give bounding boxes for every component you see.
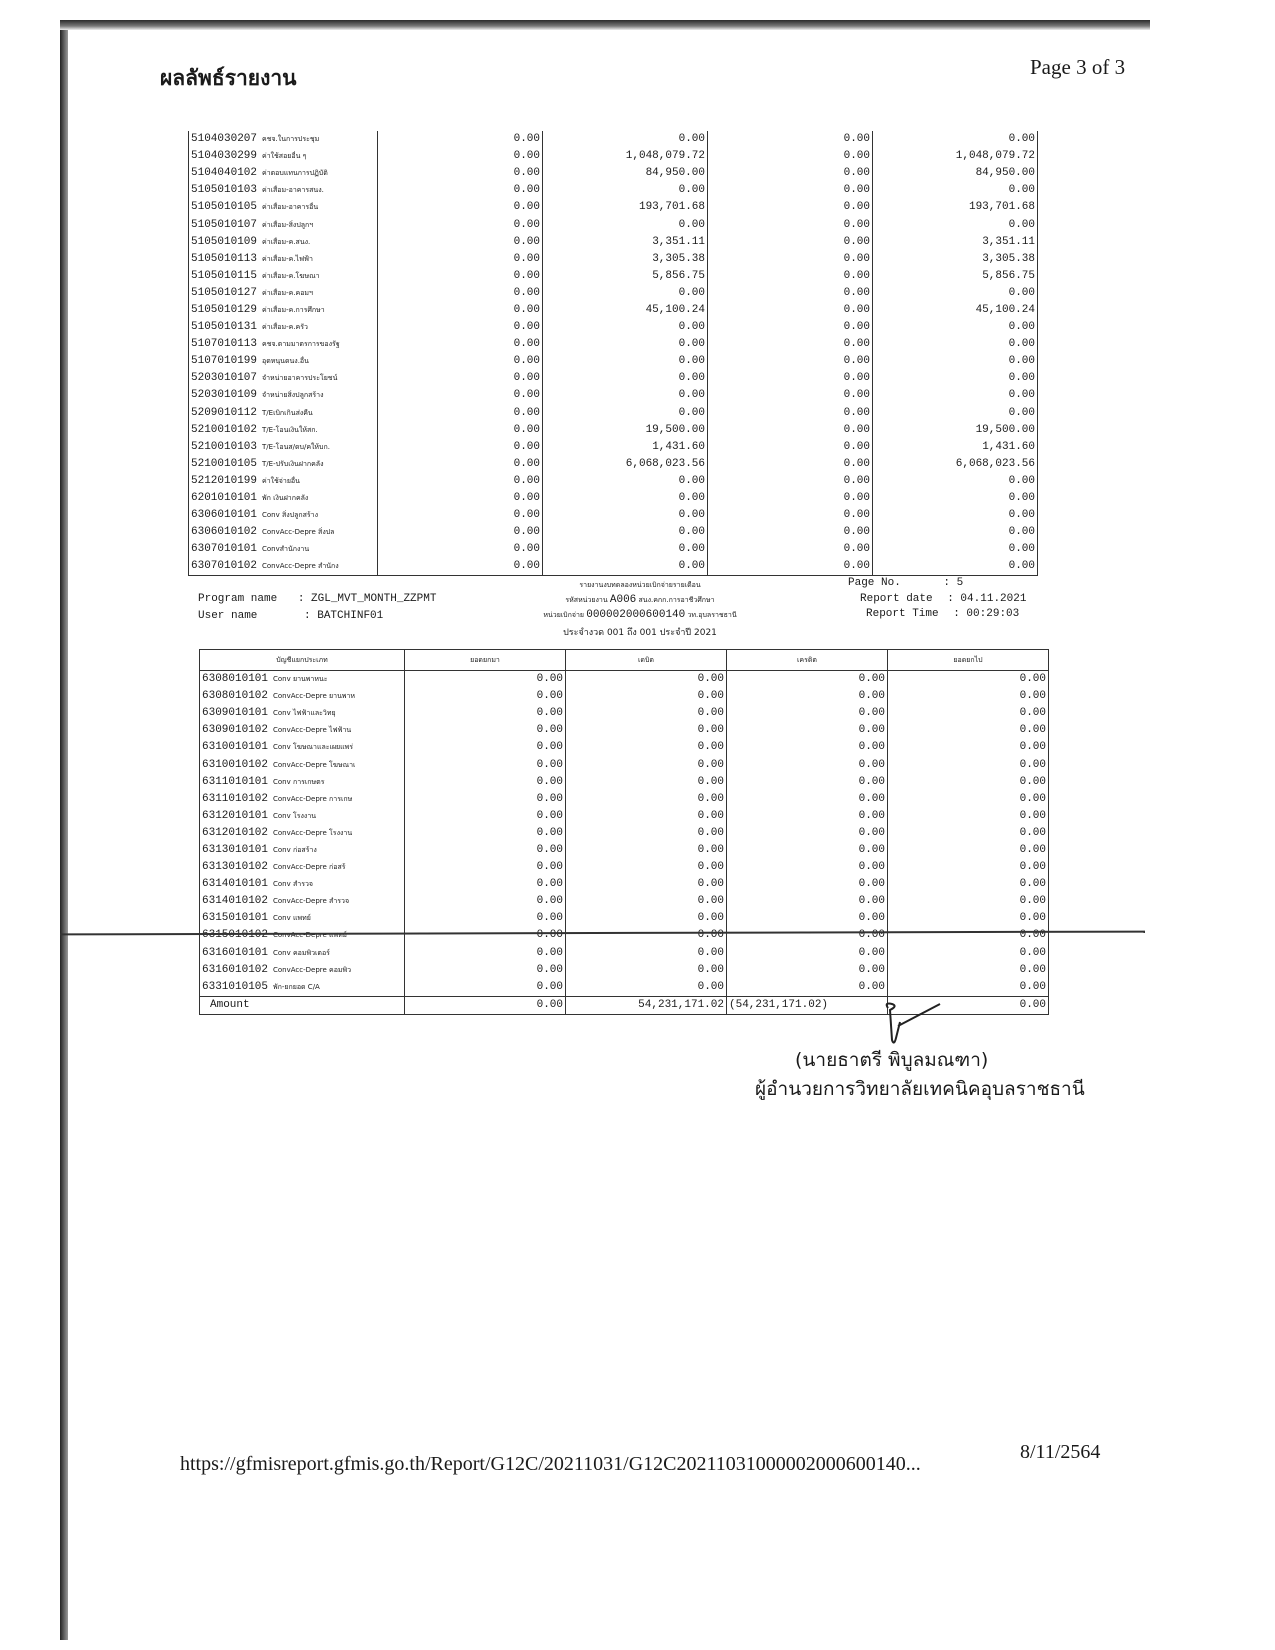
account-cell: 5104030207คชจ.ในการประชุม	[189, 131, 378, 148]
page-no-row: Page No. : 5	[848, 577, 963, 589]
closing-balance-cell: 0.00	[873, 216, 1038, 233]
closing-balance-cell: 0.00	[873, 387, 1038, 404]
account-cell: 5105010109ค่าเสื่อม-ค.สนง.	[189, 234, 378, 251]
account-cell: 6313010101Conv ก่อสร้าง	[200, 842, 405, 859]
trial-balance-table-bottom: บัญชีแยกประเภท ยอดยกมา เดบิต เครดิต ยอดย…	[199, 649, 1049, 1015]
account-description: ค่าเสื่อม-ค.สนง.	[262, 238, 310, 246]
debit-cell: 0.00	[566, 962, 727, 979]
account-code: 5203010109	[191, 389, 257, 401]
credit-cell: 0.00	[708, 541, 873, 558]
debit-cell: 0.00	[566, 893, 727, 910]
debit-cell: 0.00	[543, 285, 708, 302]
closing-balance-cell: 0.00	[888, 893, 1049, 910]
user-name-row: User name : BATCHINF01	[198, 610, 383, 622]
opening-balance-cell: 0.00	[405, 893, 566, 910]
table-row: 6315010102ConvAcc-Depre แพทย์0.000.000.0…	[200, 927, 1049, 944]
debit-cell: 0.00	[543, 370, 708, 387]
closing-balance-cell: 0.00	[888, 859, 1049, 876]
account-code: 5212010199	[191, 475, 257, 487]
opening-balance-cell: 0.00	[378, 336, 543, 353]
closing-balance-cell: 0.00	[873, 285, 1038, 302]
table-row: 6314010101Conv สำรวจ0.000.000.000.00	[200, 876, 1049, 893]
account-code: 6201010101	[191, 492, 257, 504]
closing-balance-cell: 0.00	[873, 182, 1038, 199]
account-code: 5210010103	[191, 441, 257, 453]
table-row: 6314010102ConvAcc-Depre สำรวจ0.000.000.0…	[200, 893, 1049, 910]
debit-cell: 0.00	[566, 671, 727, 689]
opening-balance-cell: 0.00	[378, 405, 543, 422]
table-row: 5210010103T/E-โอนส/ดบ/คให้บก.0.001,431.6…	[189, 439, 1038, 456]
debit-cell: 0.00	[543, 353, 708, 370]
account-code: 5104030299	[191, 150, 257, 162]
closing-balance-cell: 0.00	[888, 791, 1049, 808]
closing-balance-cell: 0.00	[888, 979, 1049, 997]
account-cell: 5104040102ค่าตอบแทนการปฏิบัติ	[189, 165, 378, 182]
closing-balance-cell: 0.00	[888, 808, 1049, 825]
credit-cell: 0.00	[727, 774, 888, 791]
closing-balance-cell: 0.00	[888, 842, 1049, 859]
credit-cell: 0.00	[708, 490, 873, 507]
account-description: T/E-โอนส/ดบ/คให้บก.	[262, 443, 330, 451]
col-header-opening: ยอดยกมา	[405, 650, 566, 671]
closing-balance-cell: 0.00	[873, 131, 1038, 148]
opening-balance-cell: 0.00	[378, 439, 543, 456]
account-code: 6311010101	[202, 776, 268, 788]
opening-balance-cell: 0.00	[405, 962, 566, 979]
credit-cell: 0.00	[708, 216, 873, 233]
opening-balance-cell: 0.00	[405, 979, 566, 997]
credit-cell: 0.00	[708, 405, 873, 422]
table-row: 5105010115ค่าเสื่อม-ค.โฆษณา0.005,856.750…	[189, 268, 1038, 285]
account-description: T/E-โอนเงินให้สก.	[262, 426, 318, 434]
closing-balance-cell: 0.00	[873, 541, 1038, 558]
account-description: Conv ก่อสร้าง	[273, 846, 317, 854]
debit-cell: 0.00	[543, 319, 708, 336]
account-cell: 6308010102ConvAcc-Depre ยานพาห	[200, 688, 405, 705]
opening-balance-cell: 0.00	[378, 285, 543, 302]
total-debit: 54,231,171.02	[566, 996, 727, 1014]
closing-balance-cell: 45,100.24	[873, 302, 1038, 319]
opening-balance-cell: 0.00	[378, 456, 543, 473]
table-row: 5105010109ค่าเสื่อม-ค.สนง.0.003,351.110.…	[189, 234, 1038, 251]
account-description: ConvAcc-Depre ก่อสร้	[273, 863, 346, 871]
account-code: 5105010107	[191, 219, 257, 231]
program-name-label: Program name	[198, 593, 277, 605]
table-row: 6312010101Conv โรงงาน0.000.000.000.00	[200, 808, 1049, 825]
opening-balance-cell: 0.00	[405, 842, 566, 859]
account-cell: 5209010112T/Eเบิกเกินส่งคืน	[189, 405, 378, 422]
opening-balance-cell: 0.00	[378, 165, 543, 182]
account-code: 5210010102	[191, 424, 257, 436]
closing-balance-cell: 3,305.38	[873, 251, 1038, 268]
account-cell: 6311010101Conv การเกษตร	[200, 774, 405, 791]
debit-cell: 45,100.24	[543, 302, 708, 319]
account-code: 5104030207	[191, 133, 257, 145]
account-code: 5203010107	[191, 372, 257, 384]
opening-balance-cell: 0.00	[378, 251, 543, 268]
opening-balance-cell: 0.00	[378, 268, 543, 285]
opening-balance-cell: 0.00	[378, 387, 543, 404]
closing-balance-cell: 5,856.75	[873, 268, 1038, 285]
report-date-row: Report date : 04.11.2021	[860, 593, 1026, 605]
table-row: 5107010199อุดหนุนดนง.อื่น0.000.000.000.0…	[189, 353, 1038, 370]
opening-balance-cell: 0.00	[378, 507, 543, 524]
closing-balance-cell: 0.00	[873, 353, 1038, 370]
account-cell: 6314010102ConvAcc-Depre สำรวจ	[200, 893, 405, 910]
table-row: 5105010107ค่าเสื่อม-สิ่งปลูกฯ0.000.000.0…	[189, 216, 1038, 233]
table-row: 6313010101Conv ก่อสร้าง0.000.000.000.00	[200, 842, 1049, 859]
closing-balance-cell: 84,950.00	[873, 165, 1038, 182]
account-description: T/Eเบิกเกินส่งคืน	[262, 409, 313, 417]
account-description: ค่าเสื่อม-ค.การศึกษา	[262, 306, 325, 314]
account-cell: 6312010101Conv โรงงาน	[200, 808, 405, 825]
account-cell: 5203010107จำหน่ายอาคารประโยชน์	[189, 370, 378, 387]
opening-balance-cell: 0.00	[378, 216, 543, 233]
opening-balance-cell: 0.00	[405, 791, 566, 808]
account-cell: 6315010102ConvAcc-Depre แพทย์	[200, 927, 405, 944]
account-description: ConvAcc-Depre คอมพิว	[273, 966, 351, 974]
debit-cell: 0.00	[566, 979, 727, 997]
account-cell: 5212010199ค่าใช้จ่ายอื่น	[189, 473, 378, 490]
program-name-row: Program name : ZGL_MVT_MONTH_ZZPMT	[198, 593, 436, 605]
account-description: ConvAcc-Depre โฆษณาเ	[273, 761, 355, 769]
account-code: 6308010101	[202, 673, 268, 685]
table-row: 6316010101Conv คอมพิวเตอร์0.000.000.000.…	[200, 945, 1049, 962]
table-row: 5105010105ค่าเสื่อม-อาคารอื่น0.00193,701…	[189, 199, 1038, 216]
credit-cell: 0.00	[708, 199, 873, 216]
closing-balance-cell: 0.00	[873, 336, 1038, 353]
debit-cell: 0.00	[566, 722, 727, 739]
account-description: Conv แพทย์	[273, 914, 311, 922]
debit-cell: 0.00	[543, 405, 708, 422]
report-period: ประจำงวด 001 ถึง 001 ประจำปี 2021	[480, 625, 800, 639]
account-code: 6331010105	[202, 981, 268, 993]
closing-balance-cell: 0.00	[873, 370, 1038, 387]
table-row: 6306010102ConvAcc-Depre สิ่งปล0.000.000.…	[189, 524, 1038, 541]
credit-cell: 0.00	[727, 688, 888, 705]
closing-balance-cell: 0.00	[873, 490, 1038, 507]
opening-balance-cell: 0.00	[378, 473, 543, 490]
closing-balance-cell: 0.00	[888, 910, 1049, 927]
debit-cell: 84,950.00	[543, 165, 708, 182]
opening-balance-cell: 0.00	[378, 182, 543, 199]
unit-code: A006	[610, 594, 636, 606]
closing-balance-cell: 0.00	[888, 705, 1049, 722]
credit-cell: 0.00	[708, 251, 873, 268]
opening-balance-cell: 0.00	[405, 859, 566, 876]
opening-balance-cell: 0.00	[405, 671, 566, 689]
account-description: ค่าเสื่อม-ค.ครัว	[262, 323, 308, 331]
footer-url: https://gfmisreport.gfmis.go.th/Report/G…	[180, 1453, 921, 1476]
account-cell: 6312010102ConvAcc-Depre โรงงาน	[200, 825, 405, 842]
credit-cell: 0.00	[727, 739, 888, 756]
table-row: 6310010102ConvAcc-Depre โฆษณาเ0.000.000.…	[200, 756, 1049, 773]
table-row: 6307010102ConvAcc-Depre สำนักง0.000.000.…	[189, 558, 1038, 576]
account-cell: 5105010131ค่าเสื่อม-ค.ครัว	[189, 319, 378, 336]
trial-balance-table-top: 5104030207คชจ.ในการประชุม0.000.000.000.0…	[188, 131, 1038, 576]
closing-balance-cell: 0.00	[873, 405, 1038, 422]
account-description: พัก-ยกยอด C/A	[273, 983, 320, 991]
closing-balance-cell: 1,431.60	[873, 439, 1038, 456]
credit-cell: 0.00	[708, 456, 873, 473]
footer-date: 8/11/2564	[1020, 1441, 1100, 1464]
account-code: 5104040102	[191, 167, 257, 179]
debit-cell: 1,048,079.72	[543, 148, 708, 165]
account-description: ConvAcc-Depre สำนักง	[262, 562, 339, 570]
table-row: 5104030299ค่าใช้สอยอื่น ๆ0.001,048,079.7…	[189, 148, 1038, 165]
closing-balance-cell: 0.00	[873, 473, 1038, 490]
account-cell: 6307010101Convสำนักงาน	[189, 541, 378, 558]
credit-cell: 0.00	[727, 876, 888, 893]
credit-cell: 0.00	[727, 842, 888, 859]
account-description: Conv ไฟฟ้าและวิทยุ	[273, 709, 336, 717]
credit-cell: 0.00	[727, 910, 888, 927]
debit-cell: 3,351.11	[543, 234, 708, 251]
account-code: 6309010101	[202, 707, 268, 719]
opening-balance-cell: 0.00	[405, 825, 566, 842]
account-description: คชจ.ตามมาตรการของรัฐ	[262, 340, 340, 348]
credit-cell: 0.00	[727, 722, 888, 739]
account-code: 6310010102	[202, 759, 268, 771]
account-description: ConvAcc-Depre ไฟฟ้าน	[273, 726, 351, 734]
opening-balance-cell: 0.00	[405, 876, 566, 893]
account-description: ค่าตอบแทนการปฏิบัติ	[262, 169, 328, 177]
col-header-debit: เดบิต	[566, 650, 727, 671]
opening-balance-cell: 0.00	[405, 739, 566, 756]
debit-cell: 0.00	[566, 739, 727, 756]
account-description: Conv สำรวจ	[273, 880, 313, 888]
opening-balance-cell: 0.00	[378, 541, 543, 558]
debit-cell: 0.00	[543, 387, 708, 404]
report-disbursement-unit: หน่วยเบิกจ่าย 000002000600140 วท.อุบลราช…	[480, 609, 800, 621]
account-description: ค่าเสื่อม-สิ่งปลูกฯ	[262, 221, 313, 229]
table-row: 6308010101Conv ยานพาหนะ0.000.000.000.00	[200, 671, 1049, 689]
account-description: Conv โรงงาน	[273, 812, 316, 820]
program-name-value: : ZGL_MVT_MONTH_ZZPMT	[298, 593, 437, 605]
account-code: 5105010115	[191, 270, 257, 282]
account-cell: 6308010101Conv ยานพาหนะ	[200, 671, 405, 689]
account-description: ConvAcc-Depre สำรวจ	[273, 897, 349, 905]
debit-cell: 0.00	[566, 876, 727, 893]
opening-balance-cell: 0.00	[378, 302, 543, 319]
account-cell: 5105010129ค่าเสื่อม-ค.การศึกษา	[189, 302, 378, 319]
credit-cell: 0.00	[708, 131, 873, 148]
table-row: 5210010105T/E-ปรับเงินฝากคลัง0.006,068,0…	[189, 456, 1038, 473]
table-row: 5105010131ค่าเสื่อม-ค.ครัว0.000.000.000.…	[189, 319, 1038, 336]
closing-balance-cell: 3,351.11	[873, 234, 1038, 251]
credit-cell: 0.00	[727, 893, 888, 910]
table-row: 5105010127ค่าเสื่อม-ค.คอมฯ0.000.000.000.…	[189, 285, 1038, 302]
debit-cell: 0.00	[543, 507, 708, 524]
account-description: ค่าเสื่อม-อาคารอื่น	[262, 203, 318, 211]
closing-balance-cell: 0.00	[873, 558, 1038, 576]
signer-name: (นายธาตรี พิบูลมณฑา)	[795, 1045, 988, 1075]
debit-cell: 0.00	[566, 791, 727, 808]
account-code: 6310010101	[202, 741, 268, 753]
table-row: 6316010102ConvAcc-Depre คอมพิว0.000.000.…	[200, 962, 1049, 979]
opening-balance-cell: 0.00	[378, 370, 543, 387]
account-cell: 6309010102ConvAcc-Depre ไฟฟ้าน	[200, 722, 405, 739]
debit-cell: 0.00	[566, 927, 727, 944]
table-row: 5104040102ค่าตอบแทนการปฏิบัติ0.0084,950.…	[189, 165, 1038, 182]
account-code: 6308010102	[202, 690, 268, 702]
credit-cell: 0.00	[708, 370, 873, 387]
opening-balance-cell: 0.00	[405, 756, 566, 773]
account-description: จำหน่ายสิ่งปลูกสร้าง	[262, 391, 324, 399]
table-row: 5105010113ค่าเสื่อม-ค.ไฟฟ้า0.003,305.380…	[189, 251, 1038, 268]
page-title: ผลลัพธ์รายงาน	[160, 62, 296, 95]
table-row: 6201010101พัก เงินฝากคลัง0.000.000.000.0…	[189, 490, 1038, 507]
account-cell: 5210010105T/E-ปรับเงินฝากคลัง	[189, 456, 378, 473]
account-description: จำหน่ายอาคารประโยชน์	[262, 374, 337, 382]
account-code: 6311010102	[202, 793, 268, 805]
table-row: 5107010113คชจ.ตามมาตรการของรัฐ0.000.000.…	[189, 336, 1038, 353]
scan-border-left	[60, 30, 68, 1640]
account-description: ConvAcc-Depre สิ่งปล	[262, 528, 334, 536]
account-code: 6315010102	[202, 929, 268, 941]
opening-balance-cell: 0.00	[378, 131, 543, 148]
closing-balance-cell: 0.00	[888, 774, 1049, 791]
credit-cell: 0.00	[727, 756, 888, 773]
closing-balance-cell: 0.00	[888, 739, 1049, 756]
debit-cell: 0.00	[543, 182, 708, 199]
closing-balance-cell: 0.00	[873, 319, 1038, 336]
account-description: Conv คอมพิวเตอร์	[273, 949, 330, 957]
opening-balance-cell: 0.00	[378, 490, 543, 507]
credit-cell: 0.00	[727, 927, 888, 944]
credit-cell: 0.00	[727, 705, 888, 722]
opening-balance-cell: 0.00	[405, 722, 566, 739]
col-header-credit: เครดิต	[727, 650, 888, 671]
credit-cell: 0.00	[727, 825, 888, 842]
opening-balance-cell: 0.00	[378, 319, 543, 336]
table-row: 6309010102ConvAcc-Depre ไฟฟ้าน0.000.000.…	[200, 722, 1049, 739]
debit-cell: 0.00	[566, 842, 727, 859]
debit-cell: 0.00	[566, 756, 727, 773]
total-credit: (54,231,171.02)	[727, 996, 888, 1014]
credit-cell: 0.00	[708, 148, 873, 165]
account-description: คชจ.ในการประชุม	[262, 135, 319, 143]
credit-cell: 0.00	[727, 808, 888, 825]
account-cell: 6310010101Conv โฆษณาและเผยแพร่	[200, 739, 405, 756]
table-row: 6312010102ConvAcc-Depre โรงงาน0.000.000.…	[200, 825, 1049, 842]
debit-cell: 0.00	[543, 336, 708, 353]
debit-cell: 3,305.38	[543, 251, 708, 268]
credit-cell: 0.00	[708, 285, 873, 302]
account-cell: 5105010107ค่าเสื่อม-สิ่งปลูกฯ	[189, 216, 378, 233]
account-code: 6315010101	[202, 912, 268, 924]
account-description: ค่าใช้สอยอื่น ๆ	[262, 152, 306, 160]
account-cell: 5203010109จำหน่ายสิ่งปลูกสร้าง	[189, 387, 378, 404]
account-description: ค่าเสื่อม-อาคารสนง.	[262, 186, 324, 194]
account-description: Conv การเกษตร	[273, 778, 324, 786]
table-row: 6308010102ConvAcc-Depre ยานพาห0.000.000.…	[200, 688, 1049, 705]
debit-cell: 1,431.60	[543, 439, 708, 456]
account-cell: 6306010101Conv สิ่งปลูกสร้าง	[189, 507, 378, 524]
credit-cell: 0.00	[708, 165, 873, 182]
table-header-row: บัญชีแยกประเภท ยอดยกมา เดบิต เครดิต ยอดย…	[200, 650, 1049, 671]
account-description: อุดหนุนดนง.อื่น	[262, 357, 309, 365]
closing-balance-cell: 0.00	[888, 876, 1049, 893]
debit-cell: 0.00	[543, 473, 708, 490]
account-cell: 6201010101พัก เงินฝากคลัง	[189, 490, 378, 507]
account-description: ConvAcc-Depre การเกษ	[273, 795, 352, 803]
account-code: 5209010112	[191, 407, 257, 419]
table-row: 5212010199ค่าใช้จ่ายอื่น0.000.000.000.00	[189, 473, 1038, 490]
account-code: 6307010102	[191, 560, 257, 572]
account-code: 5105010109	[191, 236, 257, 248]
debit-cell: 0.00	[566, 945, 727, 962]
opening-balance-cell: 0.00	[378, 148, 543, 165]
table-row: 6315010101Conv แพทย์0.000.000.000.00	[200, 910, 1049, 927]
account-code: 5105010129	[191, 304, 257, 316]
credit-cell: 0.00	[727, 791, 888, 808]
col-header-closing: ยอดยกไป	[888, 650, 1049, 671]
debit-cell: 0.00	[566, 825, 727, 842]
account-cell: 6307010102ConvAcc-Depre สำนักง	[189, 558, 378, 576]
debit-cell: 6,068,023.56	[543, 456, 708, 473]
account-code: 6309010102	[202, 724, 268, 736]
closing-balance-cell: 0.00	[888, 825, 1049, 842]
account-description: Convสำนักงาน	[262, 545, 309, 553]
debit-cell: 0.00	[543, 490, 708, 507]
account-code: 6306010102	[191, 526, 257, 538]
account-description: ConvAcc-Depre ยานพาห	[273, 692, 355, 700]
account-code: 6313010101	[202, 844, 268, 856]
credit-cell: 0.00	[708, 524, 873, 541]
credit-cell: 0.00	[708, 268, 873, 285]
credit-cell: 0.00	[708, 353, 873, 370]
account-code: 5105010105	[191, 201, 257, 213]
closing-balance-cell: 193,701.68	[873, 199, 1038, 216]
closing-balance-cell: 0.00	[888, 722, 1049, 739]
debit-cell: 0.00	[566, 859, 727, 876]
debit-cell: 193,701.68	[543, 199, 708, 216]
opening-balance-cell: 0.00	[378, 558, 543, 576]
credit-cell: 0.00	[727, 945, 888, 962]
account-cell: 6331010105พัก-ยกยอด C/A	[200, 979, 405, 997]
debit-cell: 5,856.75	[543, 268, 708, 285]
opening-balance-cell: 0.00	[405, 910, 566, 927]
account-cell: 6316010101Conv คอมพิวเตอร์	[200, 945, 405, 962]
account-description: Conv โฆษณาและเผยแพร่	[273, 743, 353, 751]
debit-cell: 0.00	[566, 705, 727, 722]
credit-cell: 0.00	[727, 671, 888, 689]
account-description: Conv ยานพาหนะ	[273, 675, 328, 683]
credit-cell: 0.00	[708, 319, 873, 336]
table-row: 5104030207คชจ.ในการประชุม0.000.000.000.0…	[189, 131, 1038, 148]
table-row: 6307010101Convสำนักงาน0.000.000.000.00	[189, 541, 1038, 558]
table-row: 5203010109จำหน่ายสิ่งปลูกสร้าง0.000.000.…	[189, 387, 1038, 404]
account-code: 6316010102	[202, 964, 268, 976]
total-label: Amount	[200, 996, 405, 1014]
debit-cell: 0.00	[566, 688, 727, 705]
account-cell: 5107010113คชจ.ตามมาตรการของรัฐ	[189, 336, 378, 353]
account-cell: 5104030299ค่าใช้สอยอื่น ๆ	[189, 148, 378, 165]
account-code: 6307010101	[191, 543, 257, 555]
table-row: 6306010101Conv สิ่งปลูกสร้าง0.000.000.00…	[189, 507, 1038, 524]
table-row: 6331010105พัก-ยกยอด C/A0.000.000.000.00	[200, 979, 1049, 997]
table-row: 6311010101Conv การเกษตร0.000.000.000.00	[200, 774, 1049, 791]
user-name-label: User name	[198, 610, 257, 622]
credit-cell: 0.00	[708, 336, 873, 353]
table-row: 5105010103ค่าเสื่อม-อาคารสนง.0.000.000.0…	[189, 182, 1038, 199]
account-cell: 5105010115ค่าเสื่อม-ค.โฆษณา	[189, 268, 378, 285]
table-row: 6309010101Conv ไฟฟ้าและวิทยุ0.000.000.00…	[200, 705, 1049, 722]
signature-mark	[880, 1000, 950, 1050]
account-description: Conv สิ่งปลูกสร้าง	[262, 511, 318, 519]
credit-cell: 0.00	[727, 962, 888, 979]
